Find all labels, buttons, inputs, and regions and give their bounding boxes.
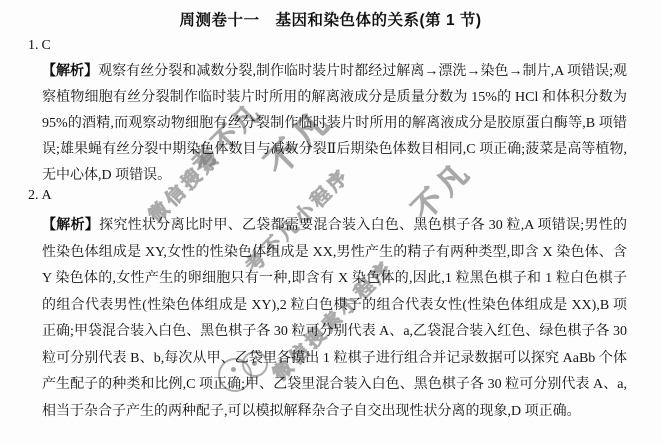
analysis-text: 观察有丝分裂和减数分裂,制作临时装片时都经过解离→漂洗→染色→制片,A 项错误;… bbox=[42, 64, 627, 183]
question-1-answer-row: 1.C bbox=[28, 38, 51, 54]
analysis-label: 【解析】 bbox=[42, 216, 99, 232]
page-title: 周测卷十一 基因和染色体的关系(第 1 节) bbox=[0, 8, 661, 30]
analysis-label: 【解析】 bbox=[42, 62, 98, 78]
question-2-answer-letter: A bbox=[42, 188, 52, 203]
question-1-number: 1. bbox=[28, 38, 39, 53]
question-1-answer-letter: C bbox=[42, 38, 51, 53]
answer-sheet-page: 周测卷十一 基因和染色体的关系(第 1 节) 考不凡 不凡 微信搜索 考不凡小程… bbox=[0, 0, 661, 443]
analysis-text: 探究性状分离比时甲、乙袋都需要混合装入白色、黑色棋子各 30 粒,A 项错误;男… bbox=[42, 218, 627, 419]
question-2-number: 2. bbox=[28, 188, 39, 203]
question-2-answer-row: 2.A bbox=[28, 188, 52, 204]
question-1-analysis: 【解析】观察有丝分裂和减数分裂,制作临时装片时都经过解离→漂洗→染色→制片,A … bbox=[42, 57, 627, 189]
question-2-analysis: 【解析】探究性状分离比时甲、乙袋都需要混合装入白色、黑色棋子各 30 粒,A 项… bbox=[42, 211, 627, 425]
